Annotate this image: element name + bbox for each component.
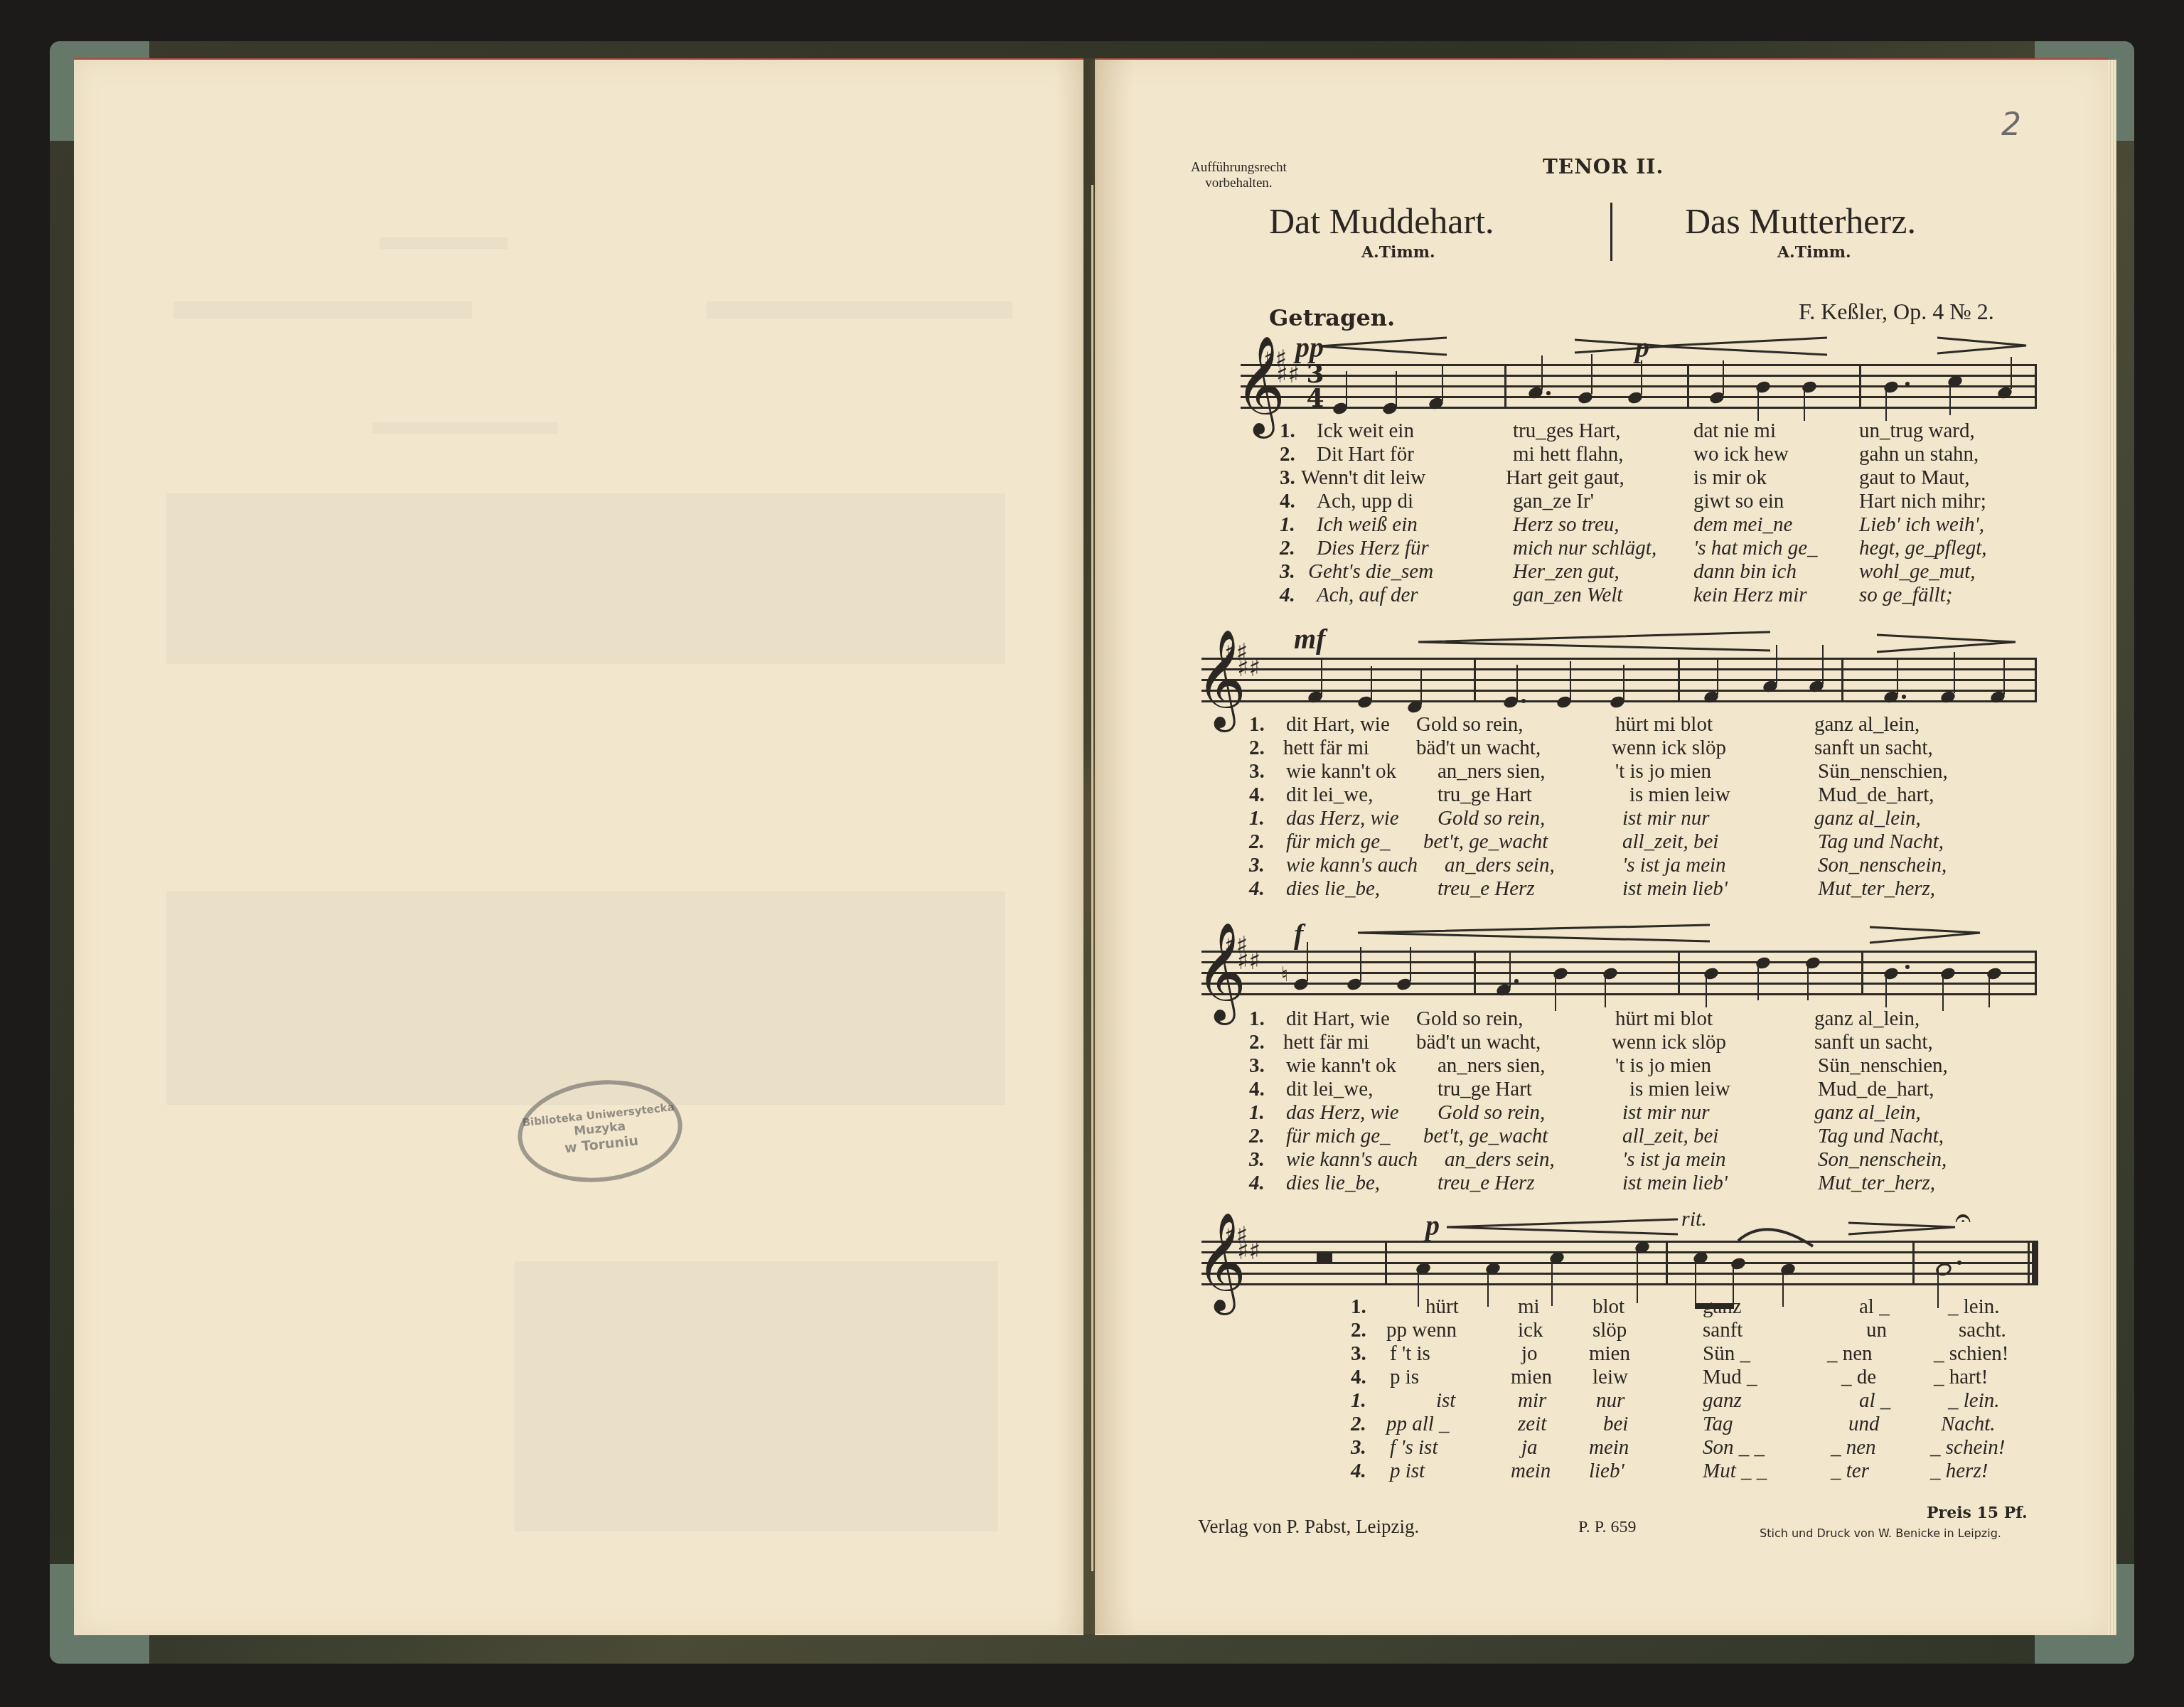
dynamic-marking: p	[1425, 1209, 1440, 1242]
key-signature-sharps: ♯♯	[1276, 363, 1300, 387]
title-separator	[1610, 203, 1612, 261]
title-low-german: Dat Muddehart.	[1269, 200, 1494, 242]
key-signature-sharps: ♯♯	[1237, 949, 1260, 973]
crescendo-hairpin	[1312, 336, 1681, 357]
composer: F. Keßler, Op. 4 № 2.	[1799, 299, 1994, 325]
dynamic-marking: f	[1294, 917, 1303, 951]
publisher: Verlag von P. Pabst, Leipzig.	[1198, 1516, 1419, 1538]
staff-system-2: 𝄞 ♯♯ ♯♯	[1201, 658, 2037, 700]
fermata-icon: 𝄐	[1955, 1202, 1971, 1234]
lyrics-block-system-4: 1.hürtmiblotganzal __ lein. 2.pp wennick…	[1351, 1295, 2033, 1487]
rights-line-2: vorbehalten.	[1191, 176, 1287, 191]
book-gutter	[1056, 58, 1134, 1634]
show-through-text	[707, 301, 1012, 319]
staff-system-3: 𝄞 ♯♯ ♯♯ ♮	[1201, 951, 2037, 993]
page-mark-handwritten: 2	[2001, 107, 2021, 143]
dynamic-marking: mf	[1294, 622, 1325, 655]
show-through-text	[373, 422, 557, 434]
author-german: A.Timm.	[1777, 243, 1851, 262]
show-through-text	[515, 1261, 998, 1531]
whole-rest-icon	[1317, 1253, 1332, 1262]
rights-notice: Aufführungsrecht vorbehalten.	[1191, 160, 1287, 191]
rights-line-1: Aufführungsrecht	[1191, 160, 1287, 176]
title-german: Das Mutterherz.	[1685, 200, 1916, 242]
lyrics-block-system-3: 1.dit Hart, wieGold so rein,hürt mi blot…	[1249, 1007, 2038, 1199]
dynamic-marking: p	[1635, 331, 1649, 364]
key-signature-sharps: ♯♯	[1237, 656, 1260, 680]
left-page	[74, 58, 1083, 1635]
tempo-marking: Getragen.	[1269, 304, 1395, 331]
lyrics-block-system-2: 1.dit Hart, wieGold so rein,hürt mi blot…	[1249, 713, 2038, 905]
plate-number: P. P. 659	[1578, 1518, 1636, 1537]
staff-system-4: 𝄞 ♯♯ ♯♯	[1201, 1241, 2037, 1283]
price: Preis 15 Pf.	[1927, 1504, 2028, 1522]
show-through-text	[166, 493, 1005, 664]
staff-system-1: 𝄞 ♯♯ ♯♯ 34	[1241, 364, 2037, 407]
show-through-text	[380, 237, 508, 249]
lyrics-block-system-1: 1.Ick weit eintru_ges Hart,dat nie miun_…	[1280, 419, 2040, 611]
show-through-text	[166, 892, 1005, 1105]
time-signature: 34	[1306, 362, 1324, 410]
ritardando-marking: rit.	[1681, 1207, 1707, 1231]
crescendo-hairpin	[1649, 336, 2047, 357]
author-low-german: A.Timm.	[1361, 243, 1435, 262]
key-signature-sharps: ♯♯	[1237, 1239, 1260, 1263]
natural-sign-icon: ♮	[1281, 965, 1288, 985]
show-through-text	[173, 301, 472, 319]
part-title: TENOR II.	[1543, 155, 1664, 178]
printer-credit: Stich und Druck von W. Benicke in Leipzi…	[1760, 1526, 2001, 1540]
crescendo-hairpin	[1415, 629, 2026, 654]
crescendo-hairpin	[1354, 923, 2037, 948]
gutter-fold	[1091, 185, 1093, 1571]
